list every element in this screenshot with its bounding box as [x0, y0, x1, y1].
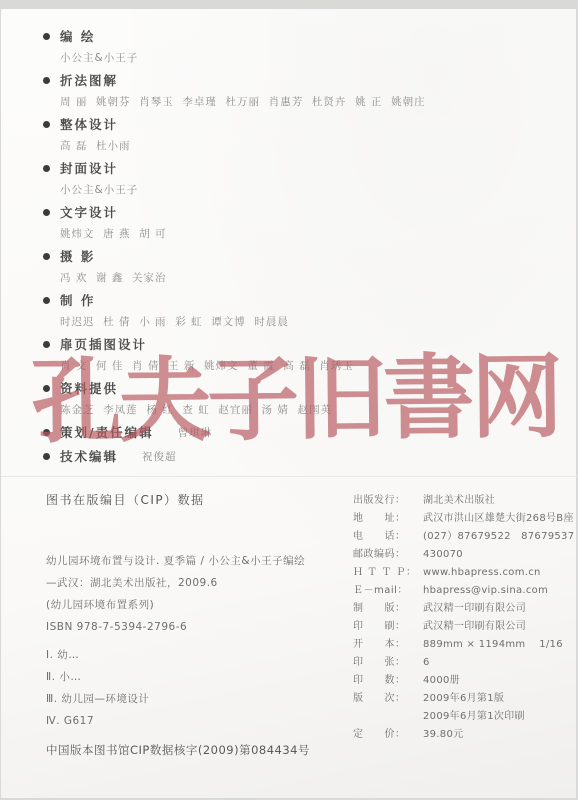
section-names: 时迟迟 杜 倩 小 雨 彩 虹 谭文博 时晨晨: [60, 311, 523, 333]
credit-section-cehua-zeren-bianji: 策划/责任编辑曾琪琳: [43, 421, 523, 445]
section-title: 文字设计: [60, 203, 118, 221]
pub-row-publisher: 出版发行：湖北美术出版社: [353, 492, 573, 510]
credit-section-feiye-chatu-sheji: 扉页插图设计 肖 文 何 佳 肖 倩 王 新 姚炜文 董 霞 高 磊 肖琇玉: [43, 333, 523, 377]
pub-value: 4000册: [423, 672, 460, 690]
section-names: 小公主&小王子: [60, 47, 523, 69]
credit-section-fengmian-sheji: 封面设计 小公主&小王子: [43, 157, 523, 201]
section-title: 整体设计: [60, 115, 118, 133]
pub-value: 武汉市洪山区雄楚大街268号B座: [423, 510, 574, 528]
pub-row-phone: 电 话：(027）87679522 87679537: [353, 528, 573, 546]
cip-line: Ⅲ. 幼儿园—环境设计: [46, 688, 346, 710]
pub-row-printing: 印 刷：武汉精一印刷有限公司: [353, 618, 573, 636]
section-names: 小公主&小王子: [60, 179, 523, 201]
section-names: 祝俊超: [142, 449, 177, 464]
cip-line: (幼儿园环境布置系列): [46, 594, 346, 616]
credit-section-sheying: 摄 影 冯 欢 谢 鑫 关家治: [43, 245, 523, 289]
pub-value: 430070: [423, 546, 463, 564]
cip-line: ISBN 978-7-5394-2796-6: [46, 616, 346, 638]
scanned-page: 编 绘 小公主&小王子 折法图解 周 丽 姚朝芬 肖琴玉 李卓瑾 杜万丽 肖惠芳…: [1, 9, 576, 798]
bullet-icon: [43, 253, 50, 260]
pub-row-zipcode: 邮政编码：430070: [353, 546, 573, 564]
cip-title: 图书在版编目（CIP）数据: [46, 491, 346, 508]
section-names: 曾琪琳: [178, 425, 213, 440]
cip-record-number: 中国版本图书馆CIP数据核字(2009)第084434号: [46, 742, 346, 758]
section-title: 封面设计: [60, 159, 118, 177]
pub-row-edition: 版 次：2009年6月第1版: [353, 690, 573, 708]
section-names: 周 丽 姚朝芬 肖琴玉 李卓瑾 杜万丽 肖惠芳 杜贤卉 姚 正 姚朝庄: [60, 91, 523, 113]
credit-section-jishu-bianji: 技术编辑祝俊超: [43, 445, 523, 469]
credit-section-wenzi-sheji: 文字设计 姚炜文 唐 燕 胡 可: [43, 201, 523, 245]
bullet-icon: [43, 209, 50, 216]
section-title: 扉页插图设计: [60, 335, 147, 353]
pub-value: 39.80元: [423, 726, 463, 744]
pub-label: Ｈ Ｔ Ｔ Ｐ：: [353, 564, 423, 582]
pub-label: 印 刷：: [353, 618, 423, 636]
pub-value: 889mm × 1194mm 1/16: [423, 636, 563, 654]
bullet-icon: [43, 297, 50, 304]
pub-label: 开 本：: [353, 636, 423, 654]
section-title: 制 作: [60, 291, 95, 309]
pub-label: Ｅ－mail：: [353, 582, 423, 600]
section-title: 资料提供: [60, 379, 118, 397]
credit-section-zhizuo: 制 作 时迟迟 杜 倩 小 雨 彩 虹 谭文博 时晨晨: [43, 289, 523, 333]
bullet-icon: [43, 33, 50, 40]
bullet-icon: [43, 429, 50, 436]
section-names: 肖 文 何 佳 肖 倩 王 新 姚炜文 董 霞 高 磊 肖琇玉: [60, 355, 523, 377]
credit-section-bianhui: 编 绘 小公主&小王子: [43, 25, 523, 69]
pub-label: 出版发行：: [353, 492, 423, 510]
cip-line: Ⅱ. 小…: [46, 666, 346, 688]
pub-value: www.hbapress.com.cn: [423, 564, 541, 582]
cip-line: Ⅰ. 幼…: [46, 644, 346, 666]
section-names: 高 磊 杜小雨: [60, 135, 523, 157]
bullet-icon: [43, 341, 50, 348]
cip-line: Ⅳ. G617: [46, 710, 346, 732]
section-title: 摄 影: [60, 247, 95, 265]
pub-label: 地 址：: [353, 510, 423, 528]
pub-row-copies: 印 数：4000册: [353, 672, 573, 690]
cip-line: 幼儿园环境布置与设计. 夏季篇 / 小公主&小王子编绘: [46, 550, 346, 572]
section-names: 陈金芝 李凤莲 杨 红 查 虹 赵宜丽 汤 婧 赵国英: [60, 399, 523, 421]
section-title: 编 绘: [60, 27, 95, 45]
pub-label: 定 价：: [353, 726, 423, 744]
section-title: 折法图解: [60, 71, 118, 89]
pub-label: 制 版：: [353, 600, 423, 618]
pub-row-email: Ｅ－mail：hbapress@vip.sina.com: [353, 582, 573, 600]
pub-row-edition-2: 2009年6月第1次印刷: [353, 708, 573, 726]
pub-row-price: 定 价：39.80元: [353, 726, 573, 744]
pub-label: 印 数：: [353, 672, 423, 690]
section-names: 姚炜文 唐 燕 胡 可: [60, 223, 523, 245]
credit-section-zhefa-tujie: 折法图解 周 丽 姚朝芬 肖琴玉 李卓瑾 杜万丽 肖惠芳 杜贤卉 姚 正 姚朝庄: [43, 69, 523, 113]
pub-label: 印 张：: [353, 654, 423, 672]
section-names: 冯 欢 谢 鑫 关家治: [60, 267, 523, 289]
section-title: 技术编辑: [60, 447, 118, 465]
pub-label: [353, 708, 423, 726]
pub-row-platemaking: 制 版：武汉精一印刷有限公司: [353, 600, 573, 618]
pub-label: 电 话：: [353, 528, 423, 546]
credit-section-ziliao-tigong: 资料提供 陈金芝 李凤莲 杨 红 查 虹 赵宜丽 汤 婧 赵国英: [43, 377, 523, 421]
pub-value: 武汉精一印刷有限公司: [423, 618, 526, 636]
bullet-icon: [43, 121, 50, 128]
pub-label: 邮政编码：: [353, 546, 423, 564]
credit-section-zhengti-sheji: 整体设计 高 磊 杜小雨: [43, 113, 523, 157]
pub-row-format: 开 本：889mm × 1194mm 1/16: [353, 636, 573, 654]
pub-row-address: 地 址：武汉市洪山区雄楚大街268号B座: [353, 510, 573, 528]
pub-value: (027）87679522 87679537: [423, 528, 574, 546]
cip-line: —武汉：湖北美术出版社，2009.6: [46, 572, 346, 594]
pub-value: 2009年6月第1版: [423, 690, 504, 708]
section-title: 策划/责任编辑: [60, 423, 154, 441]
credits-list: 编 绘 小公主&小王子 折法图解 周 丽 姚朝芬 肖琴玉 李卓瑾 杜万丽 肖惠芳…: [43, 25, 523, 469]
pub-row-sheets: 印 张：6: [353, 654, 573, 672]
bullet-icon: [43, 165, 50, 172]
pub-value: hbapress@vip.sina.com: [423, 582, 548, 600]
cip-block: 图书在版编目（CIP）数据 幼儿园环境布置与设计. 夏季篇 / 小公主&小王子编…: [46, 491, 346, 758]
pub-value: 6: [423, 654, 430, 672]
bullet-icon: [43, 453, 50, 460]
bullet-icon: [43, 77, 50, 84]
section-divider: [1, 476, 578, 477]
pub-value: 武汉精一印刷有限公司: [423, 600, 526, 618]
publishing-info: 出版发行：湖北美术出版社 地 址：武汉市洪山区雄楚大街268号B座 电 话：(0…: [353, 492, 573, 744]
pub-row-http: Ｈ Ｔ Ｔ Ｐ：www.hbapress.com.cn: [353, 564, 573, 582]
pub-value: 2009年6月第1次印刷: [423, 708, 525, 726]
pub-label: 版 次：: [353, 690, 423, 708]
bullet-icon: [43, 385, 50, 392]
pub-value: 湖北美术出版社: [423, 492, 495, 510]
